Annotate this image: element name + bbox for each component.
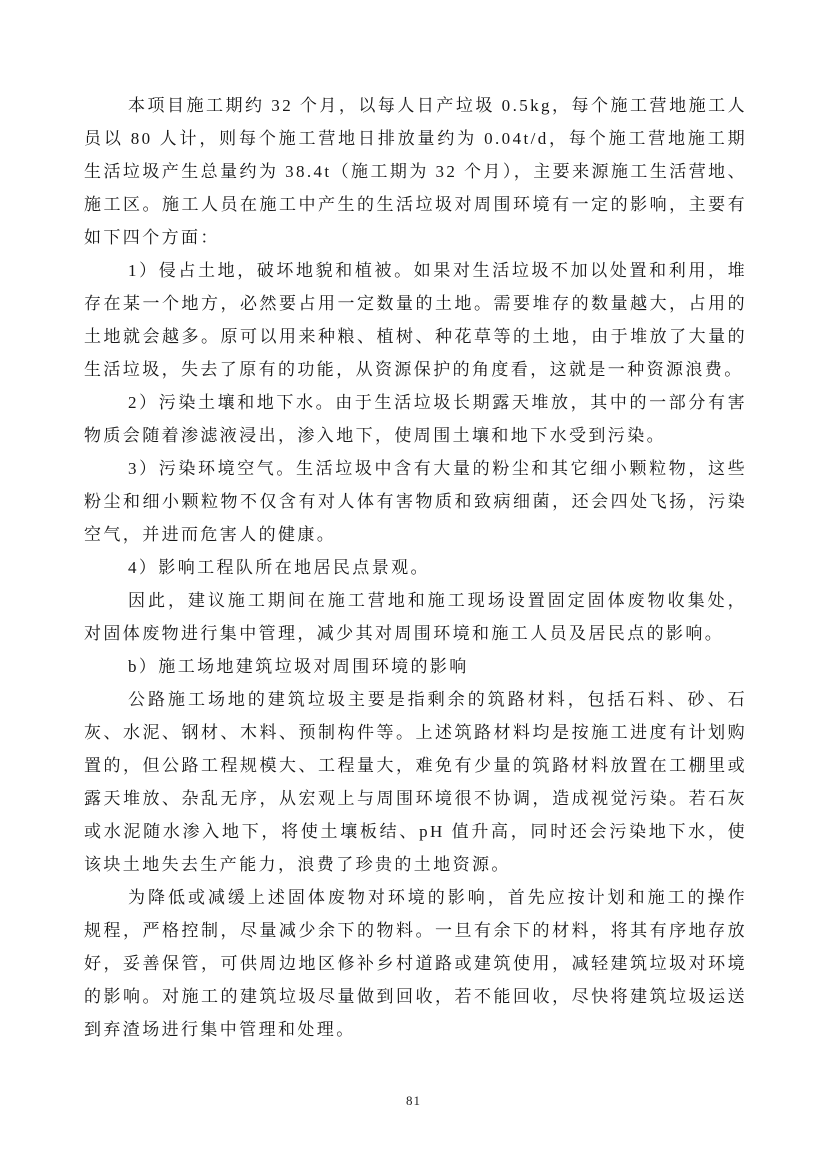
paragraph-heading-b: b）施工场地建筑垃圾对周围环境的影响	[84, 650, 747, 683]
paragraph-construction-waste: 公路施工场地的建筑垃圾主要是指剩余的筑路材料，包括石料、砂、石灰、水泥、钢材、木…	[84, 683, 747, 881]
paragraph-intro: 本项目施工期约 32 个月，以每人日产垃圾 0.5kg，每个施工营地施工人员以 …	[84, 89, 747, 254]
paragraph-item-2: 2）污染土壤和地下水。由于生活垃圾长期露天堆放，其中的一部分有害物质会随着渗滤液…	[84, 386, 747, 452]
paragraph-conclusion-a: 因此，建议施工期间在施工营地和施工现场设置固定固体废物收集处，对固体废物进行集中…	[84, 584, 747, 650]
document-page: 本项目施工期约 32 个月，以每人日产垃圾 0.5kg，每个施工营地施工人员以 …	[0, 0, 827, 1169]
paragraph-item-1: 1）侵占土地，破坏地貌和植被。如果对生活垃圾不加以处置和利用，堆存在某一个地方，…	[84, 254, 747, 386]
paragraph-item-3: 3）污染环境空气。生活垃圾中含有大量的粉尘和其它细小颗粒物，这些粉尘和细小颗粒物…	[84, 452, 747, 551]
document-body: 本项目施工期约 32 个月，以每人日产垃圾 0.5kg，每个施工营地施工人员以 …	[84, 89, 747, 1046]
paragraph-item-4: 4）影响工程队所在地居民点景观。	[84, 551, 747, 584]
page-number: 81	[0, 1093, 827, 1109]
paragraph-mitigation: 为降低或减缓上述固体废物对环境的影响，首先应按计划和施工的操作规程，严格控制，尽…	[84, 881, 747, 1046]
